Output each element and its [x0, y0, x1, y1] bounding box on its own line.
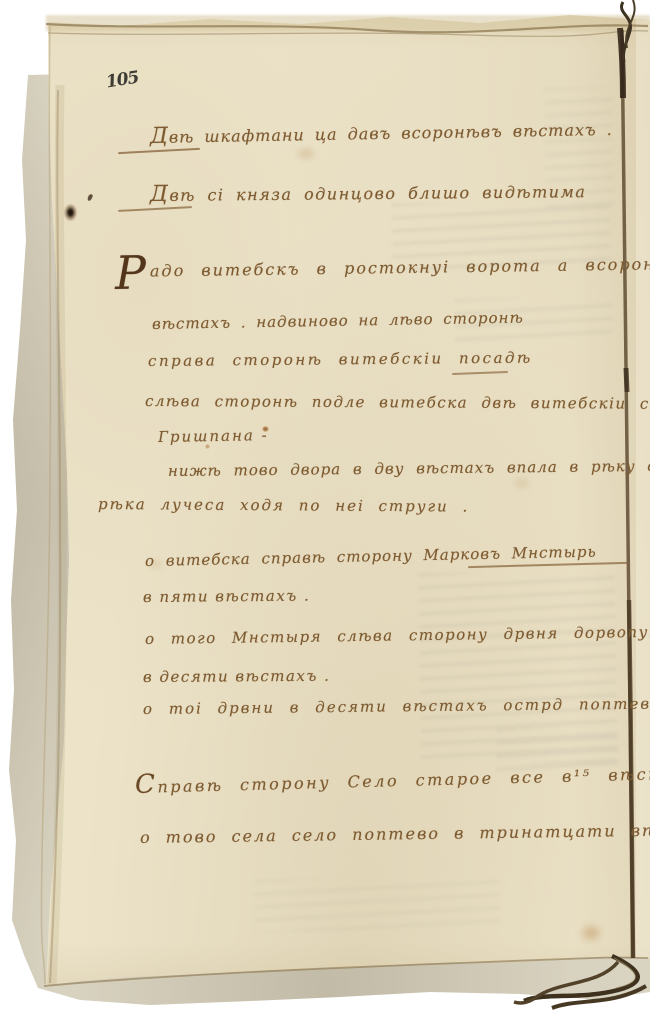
- line-text: в десяти вѣстахъ .: [143, 667, 331, 686]
- manuscript-line: справа сторонѣ витебскіи посадѣ: [148, 349, 533, 370]
- line-text: справа сторонѣ витебскіи посадѣ: [148, 349, 533, 370]
- manuscript-line: Гришпана -: [158, 426, 269, 446]
- line-text: в пяти вѣстахъ .: [143, 587, 310, 606]
- line-text: слѣва сторонѣ подле витебска двѣ витебск…: [145, 392, 650, 413]
- drop-initial: Р: [115, 246, 147, 300]
- manuscript-line: рѣка лучеса ходя по неі струги .: [98, 495, 469, 516]
- manuscript-line: в десяти вѣстахъ .: [143, 667, 331, 686]
- line-text: Двѣ сі княза одинцово блишо видѣтима: [150, 182, 586, 205]
- show-through: [255, 876, 501, 932]
- manuscript-line: Двѣ сі княза одинцово блишо видѣтима: [150, 178, 587, 207]
- manuscript-line: слѣва сторонѣ подле витебска двѣ витебск…: [145, 392, 650, 413]
- stain: [578, 922, 604, 944]
- worm-hole: [64, 204, 77, 221]
- page-top-fold-strip: [46, 15, 650, 31]
- foxing-spot: [515, 478, 529, 488]
- adjacent-leaf-strip: [636, 20, 650, 958]
- foxing-spot: [298, 148, 314, 159]
- manuscript-photo: 105 Двѣ шкафтани ца давъ всоронѣвъ вѣста…: [0, 0, 650, 1012]
- manuscript-line: в пяти вѣстахъ .: [143, 587, 310, 606]
- line-text: Гришпана -: [158, 426, 269, 446]
- line-text: рѣка лучеса ходя по неі струги .: [98, 495, 469, 516]
